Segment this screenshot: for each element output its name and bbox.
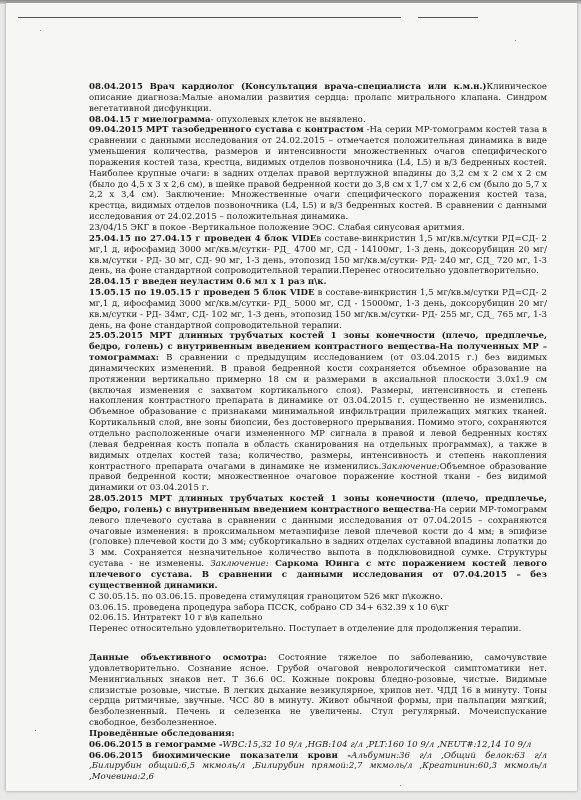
entry-vide-block-5: 15.05.15 по 19.05.15 г проведен 5 блок V… (89, 288, 547, 331)
header-rule-right (418, 17, 478, 18)
scan-noise (400, 785, 401, 786)
scan-noise (515, 40, 516, 41)
entry-intratect: 02.06.15. Интратект 10 г в\в капельно (89, 613, 547, 624)
entry-cardiology: 08.04.2015 Врач кардиолог (Консультация … (89, 82, 547, 115)
entry-vide-block-4: 25.04.15 по 27.04.15 г проведен 4 блок V… (89, 234, 547, 277)
header-rule (18, 17, 401, 18)
entry-ecg: 23/04/15 ЭКГ в покое -Вертикальное полож… (89, 223, 547, 234)
document-body: 08.04.2015 Врач кардиолог (Консультация … (89, 82, 547, 783)
scan-noise (120, 770, 121, 771)
entry-mri-pelvis: 09.04.2015 МРТ тазобедренного сустава с … (89, 125, 547, 223)
objective-exam: Данные объективного осмотра: Состояние т… (89, 653, 547, 729)
scan-noise (35, 730, 36, 731)
entry-myelogram: 08.04.15 г миелограмма- опухолевых клето… (89, 115, 547, 126)
investigations-heading: Проведённые обследования: (89, 729, 547, 740)
entry-neulastim: 28.04.15 г введен неуластим 0.6 мл х 1 р… (89, 277, 547, 288)
entry-tolerated: Перенес относительно удовлетворительно. … (89, 624, 547, 635)
biochemistry-result: 06.06.2015 биохимические показатели кров… (89, 751, 547, 784)
cbc-result: 06.06.2015 в гемограмме -WBC:15,32 10 9/… (89, 740, 547, 751)
entry-mri-long-bones-2: 28.05.2015 МРТ длинных трубчатых костей … (89, 494, 547, 592)
entry-mri-long-bones-1: 25.05.2015 МРТ длинных трубчатых костей … (89, 331, 547, 494)
spacer (89, 635, 547, 653)
entry-stimulation: С 30.05.15. по 03.06.15. проведена стиму… (89, 592, 547, 603)
scan-noise (40, 30, 41, 31)
entry-pssk: 03.06.15. проведена процедура забора ПСС… (89, 603, 547, 614)
